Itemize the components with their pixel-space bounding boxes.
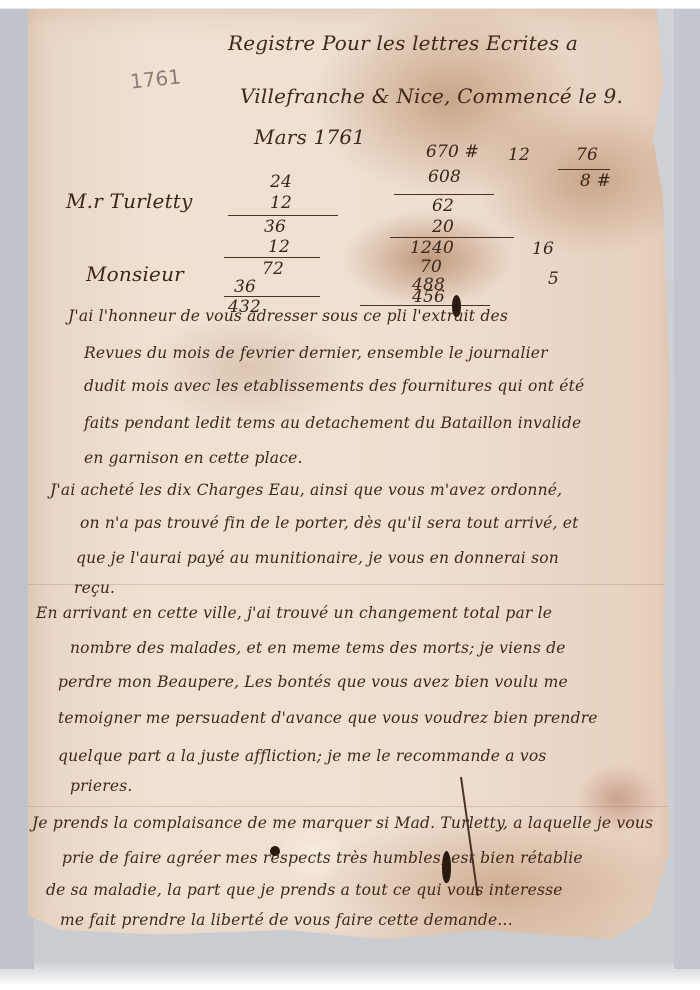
addressee-name: M.r Turletty (66, 189, 193, 213)
letter-line: perdre mon Beaupere, Les bontés que vous… (58, 673, 568, 691)
letter-line: prieres. (70, 777, 133, 795)
calc-mark: 16 (532, 239, 554, 259)
calc-middle-value: 62 (432, 196, 454, 216)
manuscript-page: 1761 Registre Pour les lettres Ecrites a… (28, 9, 676, 944)
calc-left-value: 36 (234, 277, 256, 297)
calc-rule (558, 169, 610, 170)
calc-divisor: 12 (508, 145, 530, 165)
letter-line: on n'a pas trouvé fin de le porter, dès … (80, 514, 579, 532)
calc-remainder: 8 # (580, 171, 611, 191)
calc-left-value: 24 (270, 172, 292, 192)
calc-mark: 5 (548, 269, 559, 289)
salutation: Monsieur (86, 262, 184, 286)
letter-line: Revues du mois de fevrier dernier, ensem… (84, 344, 548, 362)
calc-middle-value: 70 (420, 257, 442, 277)
letter-line: reçu. (74, 579, 115, 597)
calc-middle-value: 1240 (410, 238, 454, 258)
calc-rule (228, 215, 338, 216)
page-fold-line (28, 806, 676, 807)
calc-rule (224, 257, 320, 258)
calc-left-value: 72 (262, 259, 284, 279)
letter-line: prie de faire agréer mes respects très h… (62, 849, 583, 867)
calc-rule (394, 194, 494, 195)
letter-line: de sa maladie, la part que je prends a t… (46, 881, 563, 899)
calc-middle-value: 20 (432, 217, 454, 237)
letter-line: J'ai acheté les dix Charges Eau, ainsi q… (50, 481, 562, 499)
calc-left-value: 36 (264, 217, 286, 237)
letter-line: en garnison en cette place. (84, 449, 303, 467)
letter-line: Je prends la complaisance de me marquer … (32, 814, 653, 832)
letter-line: dudit mois avec les etablissements des f… (84, 377, 584, 395)
letter-line: En arrivant en cette ville, j'ai trouvé … (36, 604, 552, 622)
letter-line: temoigner me persuadent d'avance que vou… (58, 709, 598, 727)
ink-stroke (460, 777, 479, 896)
calc-middle-total: 456 (412, 287, 445, 307)
page-fold-line (28, 584, 676, 585)
letter-line: que je l'aurai payé au munitionaire, je … (76, 549, 559, 567)
scan-background-right (674, 9, 700, 969)
calc-left-value: 12 (270, 193, 292, 213)
register-heading-date: Mars 1761 (254, 125, 365, 149)
pencil-margin-note: 1761 (129, 64, 182, 93)
register-heading-line-1: Registre Pour les lettres Ecrites a (228, 31, 578, 55)
letter-line: faits pendant ledit tems au detachement … (84, 414, 581, 432)
calc-middle-value: 608 (428, 167, 461, 187)
letter-line: nombre des malades, et en meme tems des … (70, 639, 566, 657)
letter-line: me fait prendre la liberté de vous faire… (60, 911, 513, 929)
register-heading-line-2: Villefranche & Nice, Commencé le 9. (240, 84, 623, 108)
letter-line: quelque part a la juste affliction; je m… (58, 747, 547, 765)
letter-line: J'ai l'honneur de vous adresser sous ce … (68, 307, 508, 325)
calc-quotient: 76 (576, 145, 598, 165)
calc-middle-value: 670 # (426, 142, 479, 162)
calc-left-value: 12 (268, 237, 290, 257)
